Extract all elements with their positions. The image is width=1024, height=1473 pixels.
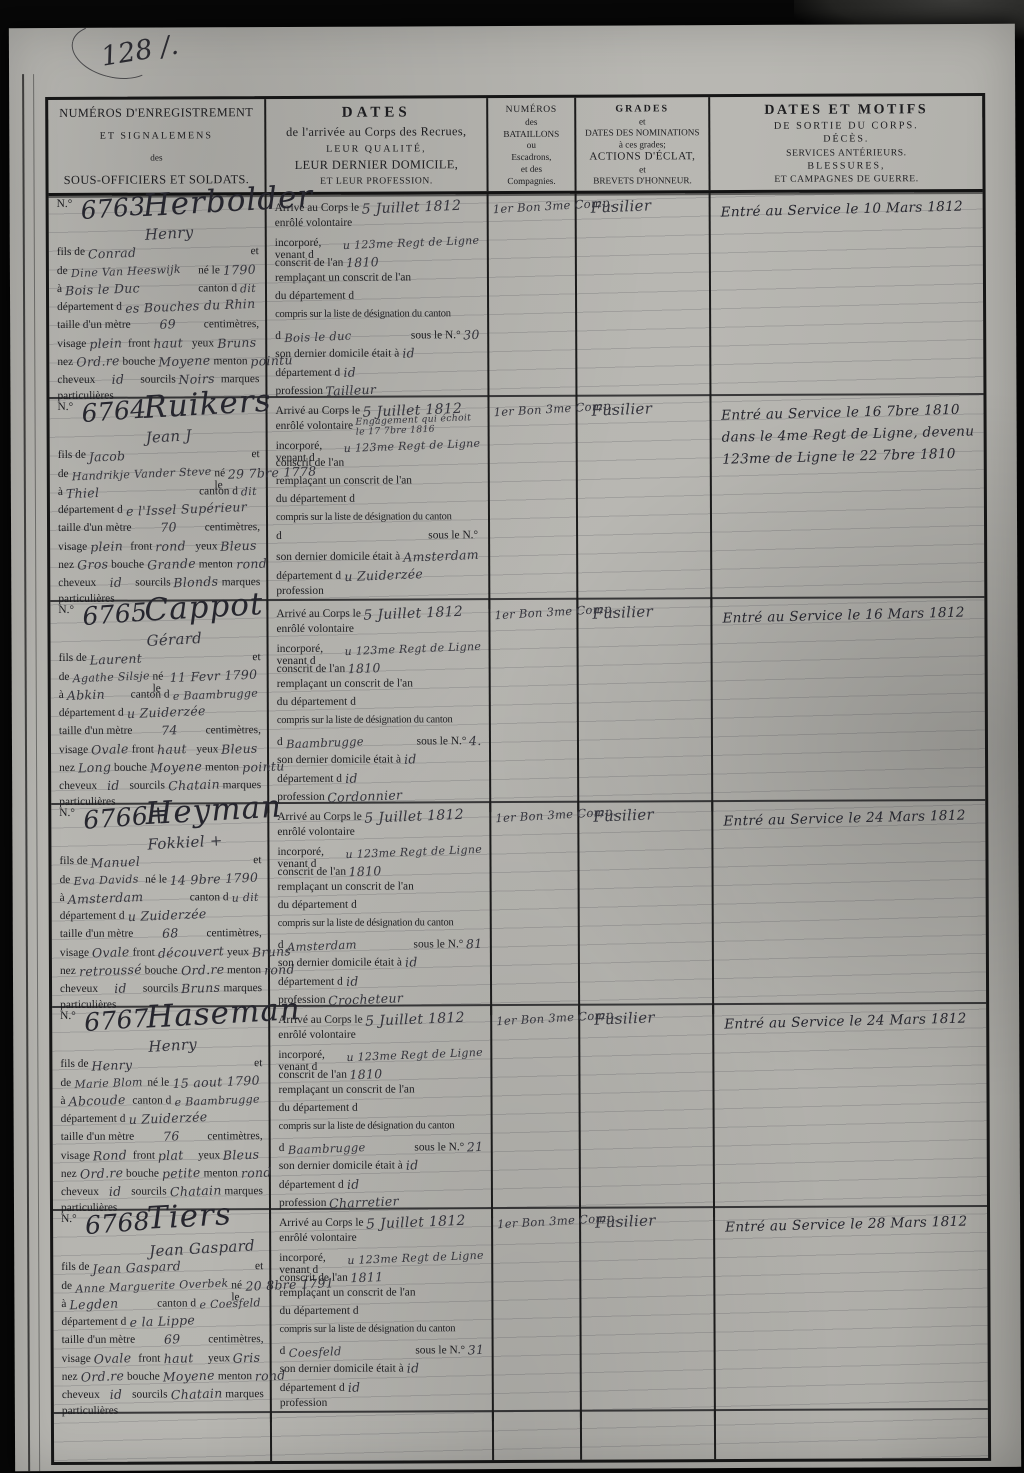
header-line: ET CAMPAGNES DE GUERRE.: [774, 173, 918, 185]
taille-cm: 68: [136, 925, 204, 943]
departement-label: département d: [61, 1316, 126, 1328]
sortie-note: Entré au Service le 28 Mars 1812: [725, 1210, 968, 1238]
conscrit-an: 1811: [351, 1269, 385, 1285]
grade-cell: Fusilier: [580, 1005, 715, 1218]
cheveux: id: [101, 980, 140, 997]
nez: Long: [78, 759, 112, 775]
arrival-date: 5 Juillet 1812: [366, 1212, 484, 1233]
departement-label: département d: [59, 707, 124, 719]
header-line: BATAILLONS: [503, 128, 559, 138]
bouche-label: bouche: [127, 1371, 160, 1383]
mother-name: Agathe Silsje: [72, 669, 150, 685]
table-row: N.° 6766+ Heyman Fokkiel + fils de Manue…: [51, 801, 986, 1008]
nez-label: nez: [61, 1168, 77, 1180]
domicile-label: son dernier domicile était à: [278, 957, 402, 970]
header-line: BREVETS D'HONNEUR.: [593, 175, 692, 185]
visage-label: visage: [59, 744, 88, 756]
menton-label: menton: [204, 1167, 238, 1179]
header-line: LEUR QUALITÉ,: [326, 143, 426, 154]
header-line: DÉCÈS.: [823, 134, 869, 145]
empty-cell: [582, 1411, 716, 1460]
canton-designation: [285, 537, 425, 543]
header-line: ET LEUR PROFESSION.: [320, 175, 433, 186]
du-departement-label: du département d: [276, 493, 355, 505]
departement2-label: département d: [278, 975, 343, 987]
front-label: front: [133, 946, 155, 958]
sourcils-label: sourcils: [132, 1389, 167, 1401]
regiment-origine: u 123me Regt de Ligne: [344, 436, 481, 454]
cheveux: id: [100, 778, 127, 794]
remplacant-label: remplaçant un conscrit de l'an: [277, 678, 413, 691]
header-line: NUMÉROS D'ENREGISTREMENT: [59, 105, 253, 121]
front-label: front: [138, 1352, 160, 1364]
ne-le-label: né le: [198, 264, 220, 276]
no-label: N.°: [61, 1213, 77, 1225]
fils-de-label: fils de: [61, 1261, 89, 1273]
header-line: et des: [521, 164, 542, 174]
profession-label: profession: [280, 1397, 328, 1409]
yeux-label: yeux: [227, 946, 249, 958]
du-departement-label: du département d: [279, 1102, 358, 1114]
visage-label: visage: [60, 947, 89, 959]
menton-label: menton: [205, 761, 239, 773]
sortie-note: Entré au Service le 10 Mars 1812: [720, 196, 963, 224]
enrole-label: enrôlé volontaire: [275, 217, 353, 229]
sourcils-label: sourcils: [140, 374, 175, 386]
birth-place: Legden: [69, 1294, 154, 1312]
nez: Ord.re: [79, 1165, 123, 1182]
departement: e la Lippe: [129, 1312, 195, 1330]
surname: Ruikers: [143, 383, 273, 426]
departement: u Zuiderzée: [127, 906, 206, 924]
conscrit-an: 1810: [350, 1066, 384, 1082]
header-line: Compagnies.: [507, 176, 555, 186]
yeux: Bleus: [221, 740, 258, 756]
binding-edge-lines: [22, 74, 40, 1471]
nez-label: nez: [57, 356, 73, 368]
sourcils-label: sourcils: [129, 780, 164, 792]
arrival-date: 5 Juillet 1812: [362, 197, 480, 218]
a-label: à: [61, 1095, 66, 1107]
departement2-label: département d: [276, 569, 341, 581]
enrole-label: enrôlé volontaire: [276, 420, 354, 432]
visage-label: visage: [58, 541, 87, 553]
taille-cm: 76: [137, 1128, 205, 1146]
menton-label: menton: [213, 355, 247, 367]
departement: e l'Issel Supérieur: [126, 499, 248, 519]
regiment-origine: u 123me Regt de Ligne: [345, 639, 482, 657]
birth-place: Thiel: [66, 481, 197, 501]
given-name: Henry: [148, 1035, 198, 1056]
sous-le-no-label: sous le N.°: [411, 329, 461, 341]
bataillon-cell: 1er Bon 3me Comp.: [491, 803, 580, 1015]
et-label: et: [254, 1057, 262, 1069]
grade-cell: Fusilier: [577, 193, 712, 406]
nez-label: nez: [59, 762, 75, 774]
no-label: N.°: [57, 401, 73, 413]
yeux: Bruns: [217, 334, 257, 351]
bouche-label: bouche: [126, 1168, 159, 1180]
fils-de-label: fils de: [57, 246, 85, 258]
page-number-flourish: [66, 16, 162, 87]
conscrit-label: conscrit de l'an: [276, 457, 345, 469]
yeux-label: yeux: [208, 1352, 230, 1364]
signalement-cell: N.° 6764 Ruikers Jean J fils de Jacob et…: [49, 398, 268, 611]
domicile-label: son dernier domicile était à: [277, 754, 401, 767]
header-dates-arrivee: DATES de l'arrivée au Corps des Recrues,…: [266, 98, 488, 192]
cheveux: id: [103, 1387, 130, 1403]
regiment-origine: u 123me Regt de Ligne: [343, 233, 480, 251]
dernier-domicile: id: [404, 752, 417, 767]
d-label: d: [277, 736, 283, 748]
header-line: DATES: [342, 104, 411, 121]
fils-de-label: fils de: [59, 652, 87, 664]
table-row: N.° 6767 Haseman Henry fils de Henry et …: [52, 1004, 987, 1211]
menton-label: menton: [199, 558, 233, 570]
father-name: Henry: [91, 1053, 251, 1074]
compris-label: compris sur la liste de désignation du c…: [275, 308, 451, 320]
bataillon-cell: 1er Bon 3me Comp.: [490, 600, 579, 812]
taille-label: taille d'un mètre: [57, 319, 131, 331]
enrole-label: enrôlé volontaire: [277, 826, 355, 838]
a-label: à: [61, 1298, 66, 1310]
grade: Fusilier: [590, 196, 651, 216]
header-line: LEUR DERNIER DOMICILE,: [295, 157, 459, 173]
taille-cm: 69: [133, 316, 201, 334]
header-line: SERVICES ANTÉRIEURS.: [786, 147, 907, 159]
header-line: GRADES: [615, 103, 669, 114]
birth-date: 11 Fevr 1790: [170, 666, 258, 684]
cheveux-label: cheveux: [58, 577, 96, 589]
sous-le-no-label: sous le N.°: [428, 529, 478, 541]
departement: u Zuiderzée: [126, 703, 205, 721]
de-label: de: [60, 1077, 71, 1089]
sourcils: Bruns: [181, 980, 221, 997]
conscrit-label: conscrit de l'an: [278, 866, 347, 878]
de-label: de: [57, 265, 68, 277]
sous-le-no-label: sous le N.°: [414, 938, 464, 950]
dernier-domicile: Amsterdam: [403, 547, 479, 565]
centimetres-label: centimètres,: [207, 1131, 262, 1143]
father-name: Laurent: [90, 647, 250, 668]
cheveux-label: cheveux: [60, 983, 98, 995]
sourcils: Chatain: [170, 1386, 222, 1403]
register-page: 128 /. NUMÉROS D'ENREGISTREMENT ET SIGNA…: [9, 24, 1021, 1471]
compris-label: compris sur la liste de désignation du c…: [279, 1120, 455, 1132]
enrolement-note: Engagement qui échoit le 17 7bre 1816: [355, 413, 474, 437]
departement-label: département d: [60, 910, 125, 922]
designation-number: 30: [463, 327, 480, 343]
enrole-label: enrôlé volontaire: [276, 623, 354, 635]
arrive-label: Arrivé au Corps le: [277, 811, 362, 823]
bouche-label: bouche: [111, 559, 144, 571]
particulieres-label: particulières: [62, 1404, 118, 1416]
menton: rond: [236, 556, 267, 572]
fils-de-label: fils de: [58, 449, 86, 461]
grade: Fusilier: [595, 1211, 656, 1231]
header-sortie: DATES ET MOTIFS DE SORTIE DU CORPS. DÉCÈ…: [710, 96, 982, 190]
remplacant-label: remplaçant un conscrit de l'an: [275, 272, 411, 285]
arrive-label: Arrivé au Corps le: [276, 405, 361, 417]
sortie-cell: Entré au Service le 24 Mars 1812: [714, 1004, 987, 1217]
centimetres-label: centimètres,: [206, 725, 261, 737]
arrivee-cell: Arrivé au Corps le 5 Juillet 1812 enrôlé…: [268, 600, 491, 813]
header-line: NUMÉROS: [506, 104, 557, 115]
registration-number: 6768: [84, 1206, 151, 1240]
grade-cell: Fusilier: [577, 396, 712, 609]
birth-place: Abkin: [67, 686, 128, 703]
nez-label: nez: [60, 965, 76, 977]
father-name: Conrad: [88, 241, 248, 262]
taille-cm: 70: [134, 519, 202, 537]
taille-label: taille d'un mètre: [59, 725, 133, 737]
conscrit-label: conscrit de l'an: [278, 1069, 347, 1081]
bouche-label: bouche: [114, 762, 147, 774]
ne-le-label: né le: [147, 1076, 169, 1088]
mother-name: Marie Blom: [74, 1075, 145, 1091]
mother-name: Dine Van Heeswijk: [71, 262, 196, 280]
grade: Fusilier: [591, 399, 652, 419]
visage-label: visage: [57, 338, 86, 350]
sortie-note: Entré au Service le 24 Mars 1812: [724, 1007, 967, 1035]
table-row: N.° 6763 Herbolder Henry fils de Conrad …: [49, 192, 984, 399]
centimetres-label: centimètres,: [205, 522, 260, 534]
regiment-origine: u 123me Regt de Ligne: [347, 1045, 484, 1063]
bouche: Moyene: [158, 353, 211, 370]
front: plat: [158, 1147, 196, 1163]
profession: Crocheteur: [328, 990, 403, 1008]
arrivee-cell: Arrivé au Corps le 5 Juillet 1812 enrôlé…: [270, 1006, 493, 1219]
d-label: d: [276, 530, 282, 542]
sortie-note: Entré au Service le 16 Mars 1812: [722, 602, 965, 630]
cheveux: id: [99, 574, 133, 590]
grade-cell: Fusilier: [581, 1208, 716, 1421]
arrivee-cell: Arrivé au Corps le 5 Juillet 1812 enrôlé…: [269, 803, 492, 1016]
signalement-cell: N.° 6766+ Heyman Fokkiel + fils de Manue…: [51, 804, 270, 1017]
designation-number: 81: [466, 936, 483, 952]
arrive-label: Arrivé au Corps le: [279, 1217, 364, 1229]
departement-label: département d: [58, 504, 123, 516]
visage: Ovale: [94, 1350, 136, 1367]
taille-label: taille d'un mètre: [61, 1131, 135, 1143]
bataillon-cell: 1er Bon 3me Comp.: [489, 194, 578, 406]
domicile-departement: id: [346, 973, 359, 988]
arrival-date: 5 Juillet 1812: [365, 806, 483, 827]
et-label: et: [251, 245, 259, 257]
cheveux: id: [102, 1184, 129, 1200]
canton-designation: Amsterdam: [286, 935, 410, 954]
compris-label: compris sur la liste de désignation du c…: [276, 511, 452, 523]
a-label: à: [59, 689, 64, 701]
compris-label: compris sur la liste de désignation du c…: [278, 917, 454, 929]
table-row: N.° 6764 Ruikers Jean J fils de Jacob et…: [49, 395, 984, 602]
front-label: front: [133, 1149, 155, 1161]
departement-label: département d: [57, 301, 122, 313]
profession-label: profession: [276, 585, 324, 597]
dernier-domicile: id: [405, 955, 418, 970]
bouche-label: bouche: [122, 356, 155, 368]
profession: Cordonnier: [327, 787, 403, 805]
visage: plein: [90, 538, 128, 554]
sourcils-label: sourcils: [131, 1186, 166, 1198]
header-line: ET SIGNALEMENS: [100, 131, 213, 142]
header-line: des: [525, 117, 537, 127]
domicile-label: son dernier domicile était à: [280, 1363, 404, 1376]
mother-name: Eva Davids: [73, 872, 142, 888]
de-label: de: [59, 671, 70, 683]
header-line: et: [639, 116, 646, 126]
de-label: de: [60, 874, 71, 886]
ne-le-label: né le: [145, 873, 167, 885]
mother-name: Handrikje Vander Steve: [71, 464, 211, 482]
domicile-departement: u Zuiderzée: [344, 566, 423, 584]
sortie-note: Entré au Service le 16 7bre 1810 dans le…: [721, 398, 979, 470]
front: haut: [157, 741, 194, 757]
profession-label: profession: [279, 1197, 327, 1209]
table-header-row: NUMÉROS D'ENREGISTREMENT ET SIGNALEMENS …: [48, 96, 982, 196]
father-name: Jacob: [89, 444, 249, 465]
conscrit-label: conscrit de l'an: [279, 1272, 348, 1284]
birth-date: 14 9bre 1790: [170, 869, 259, 887]
bataillon-cell: 1er Bon 3me Comp.: [489, 397, 578, 609]
et-label: et: [253, 854, 261, 866]
du-departement-label: du département d: [275, 290, 354, 302]
departement: es Bouches du Rhin: [125, 296, 256, 316]
grade: Fusilier: [594, 1008, 655, 1028]
et-label: et: [251, 448, 259, 460]
header-line: ou: [527, 140, 536, 150]
registration-number: 6764: [81, 394, 148, 428]
departement2-label: département d: [277, 772, 342, 784]
sourcils: Chatain: [168, 777, 220, 794]
et-label: et: [255, 1260, 263, 1272]
header-line: BLESSURES,: [807, 160, 885, 171]
register-table: NUMÉROS D'ENREGISTREMENT ET SIGNALEMENS …: [45, 93, 991, 1465]
empty-cell: [716, 1410, 988, 1459]
arrivee-cell: Arrivé au Corps le 5 Juillet 1812 enrôlé…: [271, 1209, 494, 1422]
signalement-cell: N.° 6768 Tiers Jean Gaspard fils de Jean…: [53, 1210, 272, 1423]
centimetres-label: centimètres,: [206, 928, 261, 940]
sortie-cell: Entré au Service le 10 Mars 1812: [711, 192, 984, 405]
departement2-label: département d: [279, 1178, 344, 1190]
nez: Ord.re: [76, 353, 120, 370]
taille-label: taille d'un mètre: [60, 928, 134, 940]
bataillon-cell: 1er Bon 3me Comp.: [493, 1209, 582, 1421]
grade-cell: Fusilier: [579, 802, 714, 1015]
header-line: ACTIONS D'ÉCLAT,: [589, 150, 695, 162]
sortie-note: Entré au Service le 24 Mars 1812: [723, 804, 966, 832]
domicile-departement: id: [346, 1176, 359, 1191]
arrive-label: Arrivé au Corps le: [276, 608, 361, 620]
regiment-origine: u 123me Regt de Ligne: [346, 842, 483, 860]
taille-label: taille d'un mètre: [62, 1334, 136, 1346]
yeux-label: yeux: [196, 743, 218, 755]
de-label: de: [58, 468, 69, 480]
records-body: N.° 6763 Herbolder Henry fils de Conrad …: [49, 192, 989, 1462]
canton-designation: Baambrugge: [285, 732, 413, 751]
front-label: front: [132, 743, 154, 755]
front: rond: [155, 538, 193, 554]
birth-date: 15 aout 1790: [172, 1072, 260, 1090]
arrivee-cell: Arrivé au Corps le 5 Juillet 1812 enrôlé…: [267, 397, 490, 610]
grade-cell: Fusilier: [578, 599, 713, 812]
yeux: Bleus: [223, 1146, 260, 1162]
visage: Rond: [93, 1147, 131, 1163]
given-name: Gérard: [146, 629, 202, 650]
departement2-label: département d: [280, 1381, 345, 1393]
taille-cm: 74: [135, 722, 203, 740]
domicile-label: son dernier domicile était à: [275, 348, 399, 361]
no-label: N.°: [57, 198, 73, 210]
remplacant-label: remplaçant un conscrit de l'an: [278, 1084, 414, 1097]
bouche: Moyene: [163, 1367, 216, 1384]
centimetres-label: centimètres,: [204, 319, 259, 331]
menton: rond: [241, 1165, 272, 1181]
registration-number: 6767: [83, 1003, 150, 1037]
front: découvert: [158, 943, 225, 961]
canton: u dit: [231, 891, 259, 905]
visage: plein: [89, 335, 125, 351]
birth-place: Abcoude: [68, 1092, 129, 1109]
yeux: Bleus: [220, 537, 257, 553]
menton-label: menton: [218, 1370, 252, 1382]
header-line: Escadrons,: [511, 152, 551, 162]
domicile-label: son dernier domicile était à: [276, 551, 400, 564]
grade: Fusilier: [592, 602, 653, 622]
cheveux: id: [98, 371, 138, 388]
nez: Ord.re: [80, 1368, 124, 1385]
centimetres-label: centimètres,: [208, 1334, 263, 1346]
designation-number: 21: [467, 1139, 484, 1155]
registration-number: 6763: [80, 191, 147, 225]
visage-label: visage: [62, 1353, 91, 1365]
menton-label: menton: [227, 964, 261, 976]
designation-number: 31: [468, 1342, 485, 1358]
et-label: et: [252, 651, 260, 663]
domicile-departement: id: [343, 364, 356, 379]
bataillon-cell: 1er Bon 3me Comp.: [492, 1006, 581, 1218]
register-scan: 128 /. NUMÉROS D'ENREGISTREMENT ET SIGNA…: [0, 0, 1024, 1473]
compris-label: compris sur la liste de désignation du c…: [277, 714, 453, 726]
conscrit-an: 1810: [346, 254, 380, 270]
sourcils-label: sourcils: [143, 983, 178, 995]
arrivee-cell: Arrivé au Corps le 5 Juillet 1812 enrôlé…: [267, 194, 490, 407]
canton-designation: Bois le duc: [284, 326, 408, 345]
yeux-label: yeux: [192, 337, 214, 349]
fils-de-label: fils de: [60, 1058, 88, 1070]
dernier-domicile: id: [402, 346, 415, 361]
profession-label: profession: [275, 385, 323, 397]
header-signalements: NUMÉROS D'ENREGISTREMENT ET SIGNALEMENS …: [48, 99, 266, 193]
sous-le-no-label: sous le N.°: [415, 1344, 465, 1356]
a-label: à: [60, 892, 65, 904]
cheveux-label: cheveux: [61, 1186, 99, 1198]
du-departement-label: du département d: [279, 1305, 358, 1317]
d-label: d: [279, 1142, 285, 1154]
father-name: Manuel: [90, 850, 250, 871]
visage: Ovale: [92, 944, 130, 960]
bouche: petite: [162, 1165, 201, 1182]
conscrit-label: conscrit de l'an: [275, 257, 344, 269]
bouche: Ord.re: [180, 962, 224, 979]
cheveux-label: cheveux: [57, 374, 95, 386]
header-grades: GRADES et DATES DES NOMINATIONS à ces gr…: [576, 97, 710, 191]
front: haut: [163, 1349, 205, 1366]
arrival-date: 5 Juillet 1812: [365, 1009, 483, 1030]
surname: Heyman: [144, 788, 283, 832]
surname: Cappot: [143, 586, 264, 629]
profession: Charretier: [329, 1193, 399, 1211]
